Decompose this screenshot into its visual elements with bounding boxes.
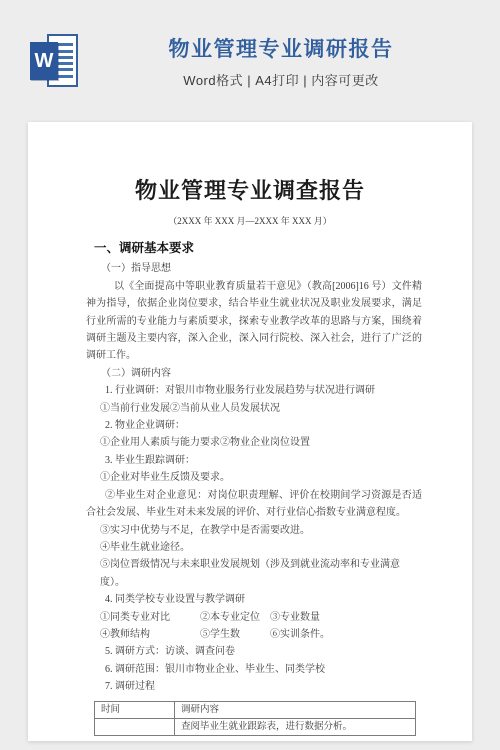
doc-line: ①当前行业发展②当前从业人员发展状况 [86, 400, 422, 417]
sub-heading-survey-content: （二）调研内容 [86, 365, 422, 382]
word-logo-icon: W [30, 33, 80, 89]
doc-line: 3. 毕业生跟踪调研： [86, 452, 422, 469]
doc-line: ①企业对毕业生反馈及要求。 [86, 469, 422, 486]
document-period: （2XXX 年 XXX 月—2XXX 年 XXX 月） [28, 214, 472, 227]
school-compare-row: ①同类专业对比 ②本专业定位 ③专业数量 [86, 609, 422, 626]
intro-paragraph: 以《全面提高中等职业教育质量若干意见》（教高[2006]16 号）文件精神为指导… [86, 278, 422, 365]
doc-line: 5. 调研方式：访谈、调查问卷 [86, 643, 422, 660]
doc-col-item: ②本专业定位 [200, 609, 270, 626]
doc-col-item: ⑤学生数 [200, 626, 270, 643]
table-header-time: 时间 [95, 701, 175, 718]
doc-line: 2. 物业企业调研： [86, 417, 422, 434]
template-preview-screen: W 物业管理专业调研报告 Word格式 | A4打印 | 内容可更改 物业管理专… [0, 0, 500, 741]
document-body: 一、调研基本要求 （一）指导思想 以《全面提高中等职业教育质量若干意见》（教高[… [86, 240, 422, 736]
doc-line: ①企业用人素质与能力要求②物业企业岗位设置 [86, 434, 422, 451]
table-cell-time [95, 718, 175, 735]
table-row: 查阅毕业生就业跟踪表，进行数据分析。 [95, 718, 416, 735]
doc-line: 4. 同类学校专业设置与教学调研 [86, 591, 422, 608]
school-compare-row: ④教师结构 ⑤学生数 ⑥实训条件。 [86, 626, 422, 643]
doc-col-item: ④教师结构 [100, 626, 200, 643]
table-header-content: 调研内容 [175, 701, 416, 718]
table-cell-content: 查阅毕业生就业跟踪表，进行数据分析。 [175, 718, 416, 735]
doc-line: 1. 行业调研：对银川市物业服务行业发展趋势与状况进行调研 [86, 382, 422, 399]
doc-line: ⑤岗位晋级情况与未来职业发展规划（涉及到就业流动率和专业满意度）。 [86, 556, 422, 591]
doc-line: ④毕业生就业途径。 [86, 539, 422, 556]
doc-col-item: ①同类专业对比 [100, 609, 200, 626]
document-title: 物业管理专业调查报告 [28, 174, 472, 205]
doc-line: ②毕业生对企业意见：对岗位职责理解、评价在校期间学习资源是否适合社会发展、毕业生… [86, 487, 422, 522]
doc-col-item: ⑥实训条件。 [270, 626, 330, 643]
document-page: 物业管理专业调查报告 （2XXX 年 XXX 月—2XXX 年 XXX 月） 一… [28, 122, 472, 741]
template-subtitle: Word格式 | A4打印 | 内容可更改 [80, 70, 482, 89]
word-w-badge-icon: W [30, 42, 58, 80]
sub-heading-guiding-thought: （一）指导思想 [86, 260, 422, 277]
section-heading: 一、调研基本要求 [86, 240, 422, 257]
preview-header: W 物业管理专业调研报告 Word格式 | A4打印 | 内容可更改 [0, 0, 500, 122]
doc-line: 7. 调研过程 [86, 678, 422, 695]
doc-line: ③实习中优势与不足，在教学中是否需要改进。 [86, 522, 422, 539]
doc-col-item: ③专业数量 [270, 609, 320, 626]
header-text-block: 物业管理专业调研报告 Word格式 | A4打印 | 内容可更改 [80, 33, 500, 89]
table-row: 时间 调研内容 [95, 701, 416, 718]
survey-schedule-table: 时间 调研内容 查阅毕业生就业跟踪表，进行数据分析。 [94, 701, 416, 736]
doc-line: 6. 调研范围：银川市物业企业、毕业生、同类学校 [86, 661, 422, 678]
template-title: 物业管理专业调研报告 [80, 33, 482, 63]
